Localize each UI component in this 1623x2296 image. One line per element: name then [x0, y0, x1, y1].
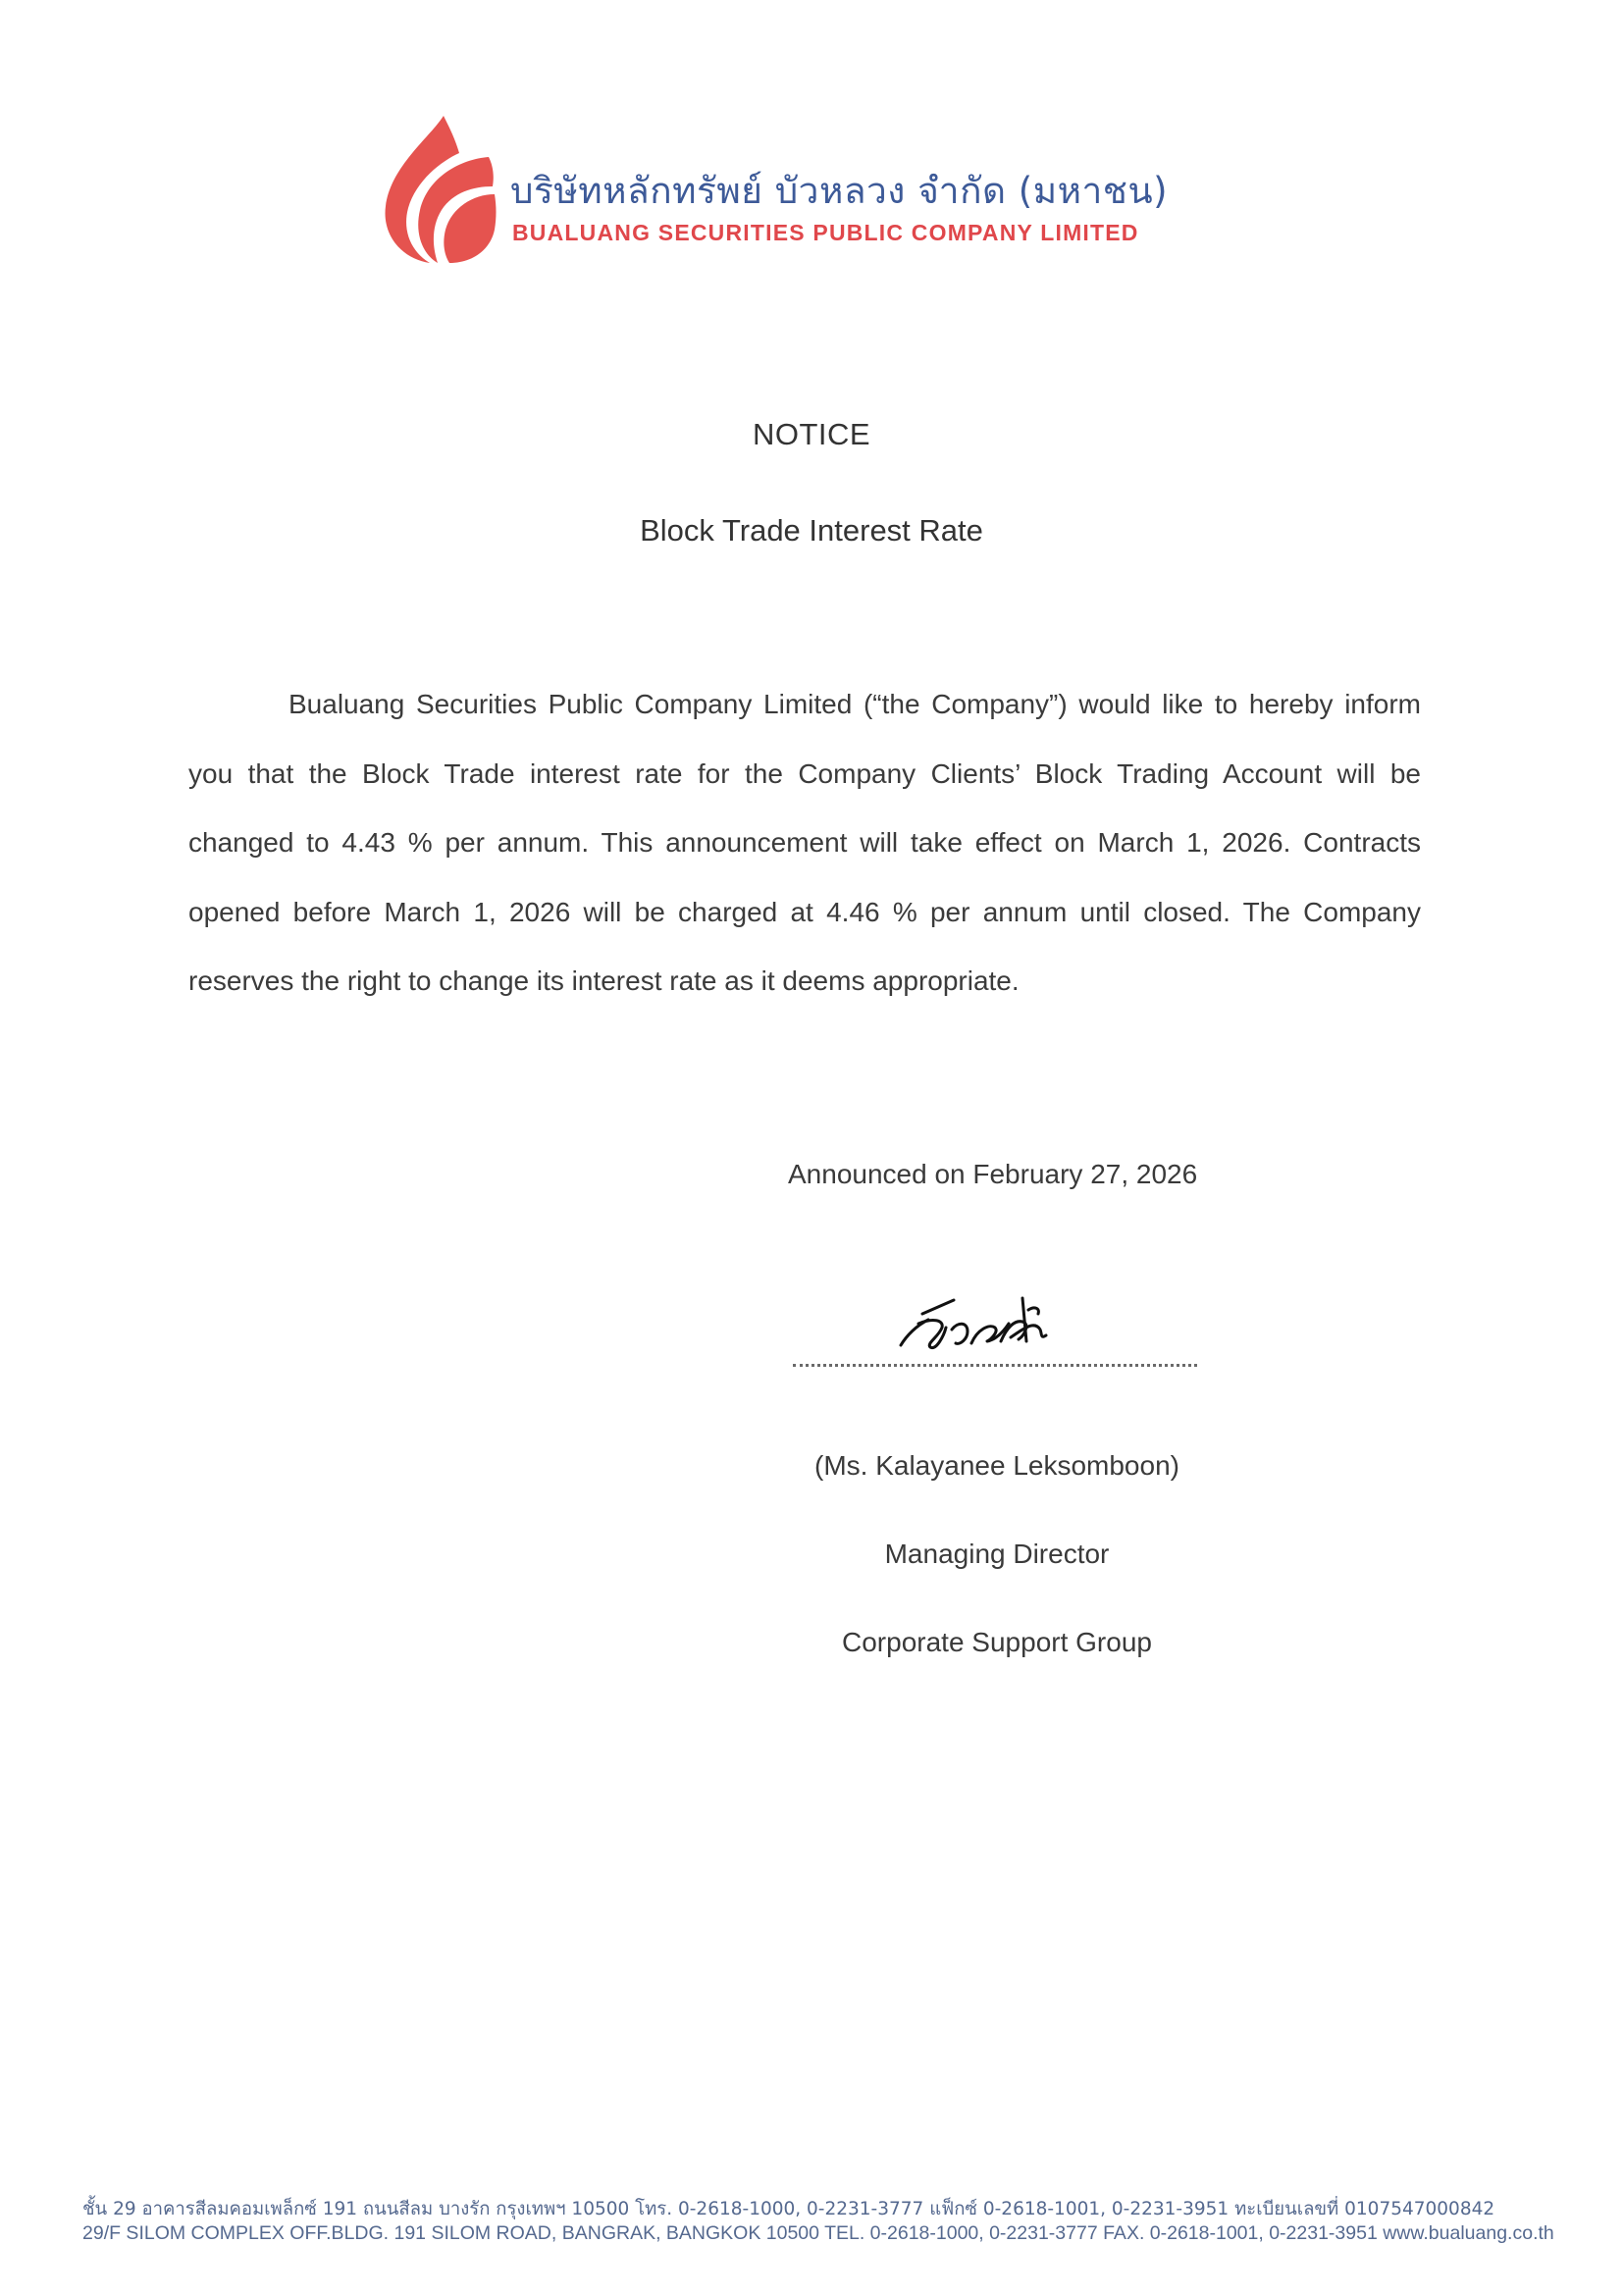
notice-document: บริษัทหลักทรัพย์ บัวหลวง จำกัด (มหาชน) B… — [0, 0, 1623, 2296]
signer-title: Managing Director — [795, 1539, 1199, 1570]
footer-address-thai: ชั้น 29 อาคารสีลมคอมเพล็กซ์ 191 ถนนสีลม … — [82, 2198, 1535, 2221]
handwritten-signature-icon — [893, 1280, 1070, 1359]
signer-group: Corporate Support Group — [795, 1627, 1199, 1658]
letterhead: บริษัทหลักทรัพย์ บัวหลวง จำกัด (มหาชน) B… — [383, 116, 1246, 263]
signer-name: (Ms. Kalayanee Leksomboon) — [795, 1450, 1199, 1482]
footer-address-english: 29/F SILOM COMPLEX OFF.BLDG. 191 SILOM R… — [82, 2221, 1535, 2245]
signature-line — [793, 1364, 1197, 1367]
footer-address: ชั้น 29 อาคารสีลมคอมเพล็กซ์ 191 ถนนสีลม … — [82, 2198, 1535, 2245]
bualuang-flame-logo-icon — [383, 116, 498, 263]
notice-label: NOTICE — [0, 417, 1623, 452]
notice-title: Block Trade Interest Rate — [0, 513, 1623, 548]
company-name-english: BUALUANG SECURITIES PUBLIC COMPANY LIMIT… — [512, 222, 1139, 244]
notice-body: Bualuang Securities Public Company Limit… — [188, 670, 1421, 1017]
company-name-thai: บริษัทหลักทรัพย์ บัวหลวง จำกัด (มหาชน) — [510, 173, 1168, 209]
announcement-date: Announced on February 27, 2026 — [788, 1159, 1197, 1190]
